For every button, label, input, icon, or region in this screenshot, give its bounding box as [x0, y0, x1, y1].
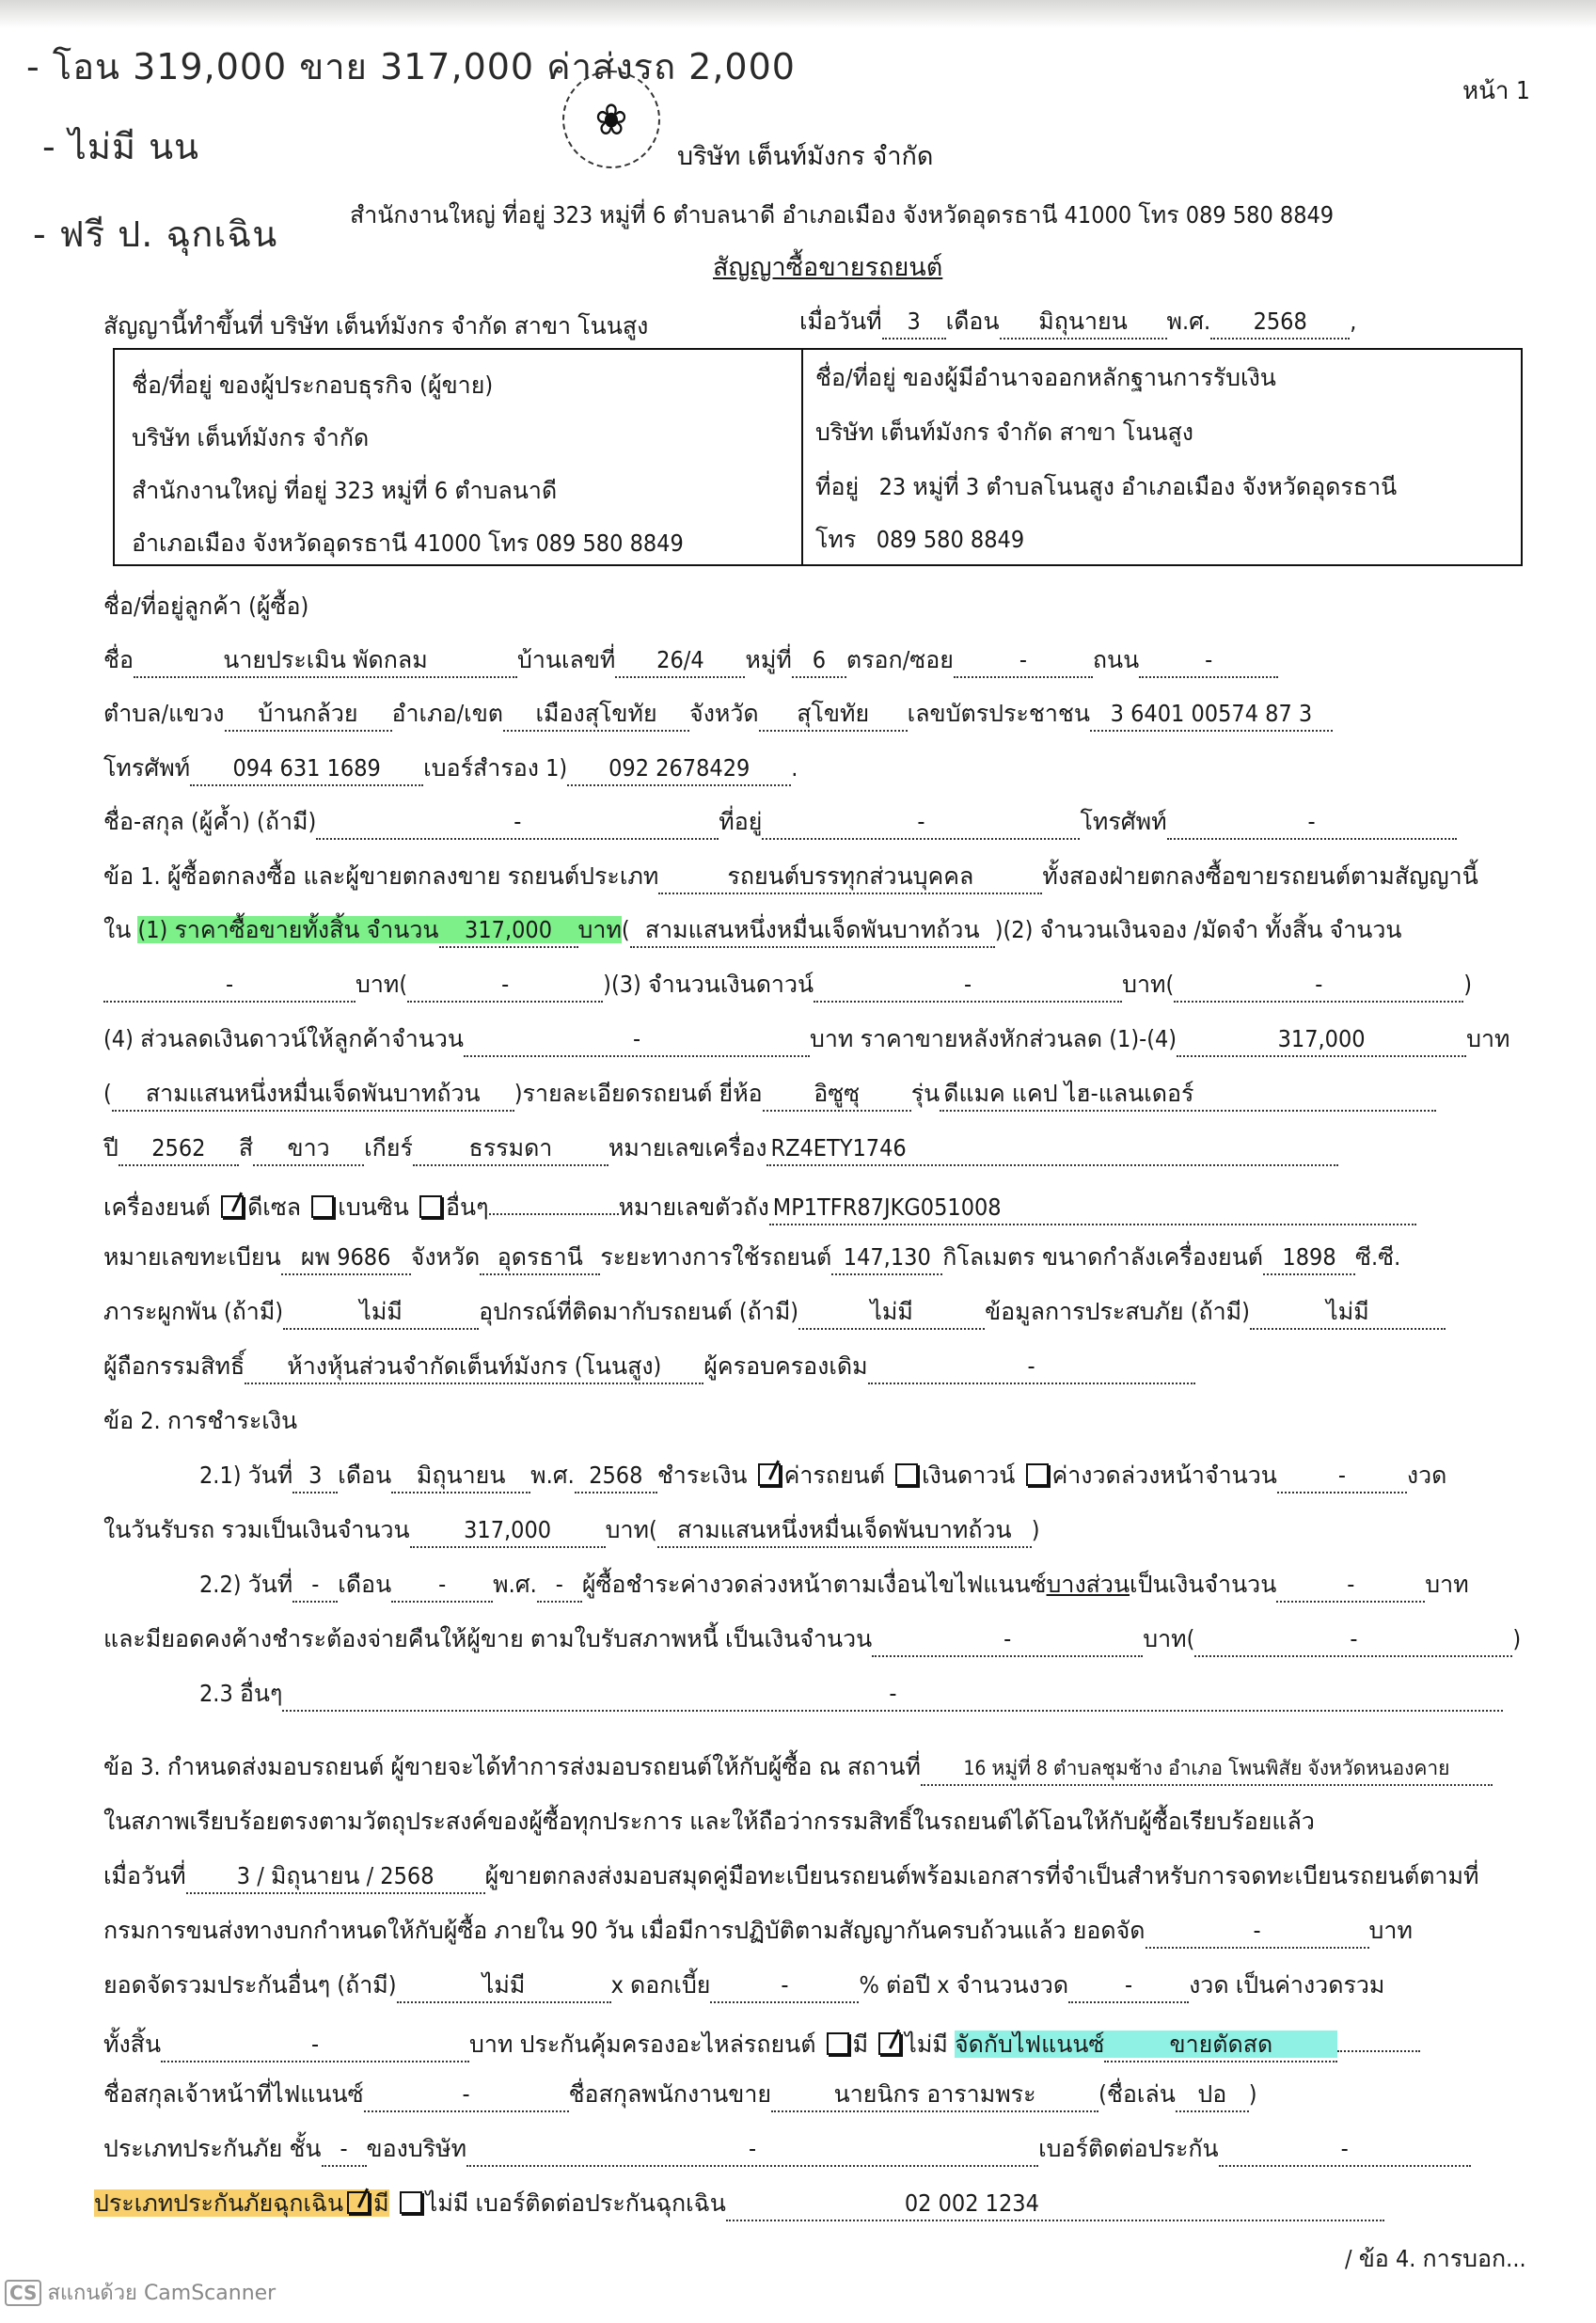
fuel-other-label: อื่นๆ [446, 1193, 489, 1221]
subdistrict-label: ตำบล/แขวง [103, 700, 225, 727]
p21-year[interactable]: 2568 [575, 1460, 657, 1493]
camscanner-text: สแกนด้วย CamScanner [47, 2276, 276, 2309]
insurance-company-label: ของบริษัท [367, 2135, 467, 2162]
p23-value[interactable]: - [282, 1678, 1503, 1712]
price-row: ใน (1) ราคาซื้อขายทั้งสิ้น จำนวน317,000บ… [103, 914, 1401, 948]
payment-22-row: 2.2) วันที่-เดือน-พ.ศ.-ผู้ซื้อชำระค่างวด… [199, 1569, 1469, 1603]
nickname-label: (ชื่อเล่น [1098, 2080, 1176, 2108]
balance-label: และมียอดคงค้างชำระต้องจ่ายคืนให้ผู้ขาย ต… [103, 1625, 872, 1652]
salesperson[interactable]: นายนิกร อารามพระ [771, 2078, 1098, 2112]
grand-total-label: ทั้งสิ้น [103, 2031, 161, 2058]
handwritten-note-3: - ฟรี ป. ฉุกเฉิน [33, 205, 277, 262]
engine-cc[interactable]: 1898 [1263, 1241, 1355, 1275]
box-divider [801, 350, 803, 564]
head-office-address: สำนักงานใหญ่ ที่อยู่ 323 หมู่ที่ 6 ตำบลน… [350, 199, 1334, 231]
model[interactable]: ดีแมค แคป ไฮ-แลนเดอร์ [940, 1078, 1436, 1112]
emergency-no-checkbox[interactable] [400, 2191, 422, 2214]
color-label: สี [239, 1134, 253, 1161]
vehicle-gear[interactable]: ธรรมดา [413, 1132, 608, 1166]
encumbrance-label: ภาระผูกพัน (ถ้ามี) [103, 1298, 283, 1325]
fuel-diesel-label: ดีเซล [247, 1193, 301, 1221]
camscanner-logo-icon: CS [5, 2280, 41, 2306]
year-label: พ.ศ. [530, 1462, 575, 1489]
clause3-intro: ข้อ 3. กำหนดส่งมอบรถยนต์ ผู้ขายจะได้ทำกา… [103, 1753, 921, 1780]
phone-label: โทร [815, 526, 856, 553]
owner-label: ผู้ถือกรรมสิทธิ์ [103, 1352, 245, 1380]
discount-row: (4) ส่วนลดเงินดาวน์ให้ลูกค้าจำนวน-บาท รา… [103, 1023, 1509, 1057]
guarantor-row: ชื่อ-สกุล (ผู้ค้ำ) (ถ้ามี)-ที่อยู่-โทรศั… [103, 806, 1457, 840]
phone-value: 089 580 8849 [877, 526, 1024, 553]
buyer-address-row: ตำบล/แขวงบ้านกล้วยอำเภอ/เขตเมืองสุโขทัยจ… [103, 698, 1333, 732]
insurance-total[interactable]: ไม่มี [397, 1969, 611, 2003]
guarantor-phone[interactable]: - [1167, 806, 1457, 840]
year-label: พ.ศ. [1167, 308, 1211, 335]
clause3-line2: ในสภาพเรียบร้อยตรงตามวัตถุประสงค์ของผู้ซ… [103, 1806, 1315, 1838]
receive-label: ในวันรับรถ รวมเป็นเงินจำนวน [103, 1516, 410, 1543]
buyer-name[interactable]: นายประเมิน พัดกลม [134, 644, 517, 678]
fuel-row: เครื่องยนต์ ดีเซล เบนซิน อื่นๆหมายเลขตัว… [103, 1187, 1416, 1225]
continued-note: / ข้อ 4. การบอก... [1345, 2243, 1526, 2275]
emergency-yes-checkbox[interactable] [347, 2191, 370, 2214]
guarantor-address[interactable]: - [762, 806, 1080, 840]
p22-label: 2.2) วันที่ [199, 1571, 292, 1598]
finance-trailing [1337, 2024, 1420, 2052]
deposit-words[interactable]: - [407, 969, 603, 1003]
parts-insurance-yes-label: มี [853, 2031, 868, 2058]
handwritten-note-1: - โอน 319,000 ขาย 317,000 ค่าส่งรถ 2,000 [26, 38, 796, 95]
fuel-benzine-label: เบนซิน [338, 1193, 409, 1221]
receipt-issuer-title: ชื่อ/ที่อยู่ ของผู้มีอำนาจออกหลักฐานการร… [815, 359, 1276, 397]
clause1-intro-tail: ทั้งสองฝ่ายตกลงซื้อขายรถยนต์ตามสัญญานี้ [1042, 862, 1477, 890]
advance-installments[interactable]: - [1277, 1460, 1407, 1493]
balance-row: และมียอดคงค้างชำระต้องจ่ายคืนให้ผู้ขาย ต… [103, 1623, 1521, 1657]
accessories-label: อุปกรณ์ที่ติดมากับรถยนต์ (ถ้ามี) [479, 1298, 798, 1325]
clause3-intro-row: ข้อ 3. กำหนดส่งมอบรถยนต์ ผู้ขายจะได้ทำกา… [103, 1751, 1493, 1786]
guarantor-phone-label: โทรศัพท์ [1080, 808, 1166, 835]
owner-row: ผู้ถือกรรมสิทธิ์ห้างหุ้นส่วนจำกัดเต็นท์ม… [103, 1351, 1195, 1384]
buyer-moo[interactable]: 6 [792, 644, 846, 678]
total-price-label: (1) ราคาซื้อขายทั้งสิ้น จำนวน [137, 916, 438, 943]
installment-count[interactable]: - [1068, 1969, 1189, 2003]
net-price-words[interactable]: สามแสนหนึ่งหมื่นเจ็ดพันบาทถ้วน [112, 1078, 514, 1112]
interest-label: x ดอกเบี้ย [611, 1971, 711, 1999]
cc-label: ซี.ซี. [1355, 1243, 1400, 1271]
discount-label: (4) ส่วนลดเงินดาวน์ให้ลูกค้าจำนวน [103, 1025, 464, 1052]
parts-insurance-no-label: ไม่มี [905, 2031, 948, 2058]
month-label: เดือน [338, 1462, 391, 1489]
possessor-label: ผู้ครอบครองเดิม [703, 1352, 867, 1380]
emergency-insurance-row: ประเภทประกันภัยฉุกเฉินมี ไม่มี เบอร์ติดต… [94, 2188, 1384, 2221]
total-price-words[interactable]: สามแสนหนึ่งหมื่นเจ็ดพันบาทถ้วน [630, 914, 995, 948]
finance-label: จัดกับไฟแนนซ์ [955, 2031, 1104, 2058]
contract-place: สัญญานี้ทำขึ้นที่ บริษัท เต็นท์มังกร จำก… [103, 310, 648, 342]
seller-address-2: อำเภอเมือง จังหวัดอุดรธานี 41000 โทร 089… [132, 525, 684, 562]
plate-row: หมายเลขทะเบียนผพ 9686จังหวัดอุดรธานีระยะ… [103, 1241, 1400, 1275]
transfer-date[interactable]: 3 / มิถุนายน / 2568 [186, 1860, 485, 1894]
camscanner-watermark: CS สแกนด้วย CamScanner [5, 2276, 276, 2309]
pay-car-price-checkbox[interactable] [758, 1463, 781, 1486]
fuel-other-checkbox[interactable] [419, 1195, 442, 1218]
p22-month[interactable]: - [391, 1569, 493, 1603]
gear-label: เกียร์ [364, 1134, 413, 1161]
interest-rate[interactable]: - [710, 1969, 859, 2003]
id-card-label: เลขบัตรประชาชน [908, 700, 1090, 727]
deposit-row: -บาท(-)(3) จำนวนเงินดาวน์-บาท(-) [103, 969, 1472, 1003]
balance-amount[interactable]: - [872, 1623, 1143, 1657]
seller-info-box: ชื่อ/ที่อยู่ ของผู้ประกอบธุรกิจ (ผู้ขาย)… [113, 348, 1523, 566]
phone-label: โทรศัพท์ [103, 754, 190, 782]
km-label: กิโลเมตร ขนาดกำลังเครื่องยนต์ [942, 1243, 1263, 1271]
finance-officer-label: ชื่อสกุลเจ้าหน้าที่ไฟแนนซ์ [103, 2080, 364, 2108]
p21-label: 2.1) วันที่ [199, 1462, 292, 1489]
seller-address-1: สำนักงานใหญ่ ที่อยู่ 323 หมู่ที่ 6 ตำบลน… [132, 472, 557, 510]
baht-label: บาท [578, 916, 622, 943]
emergency-phone[interactable]: 02 002 1234 [726, 2188, 1384, 2221]
guarantor-name[interactable]: - [316, 806, 719, 840]
emergency-yes-label: มี [373, 2189, 388, 2217]
month-label: เดือน [338, 1571, 391, 1598]
engine-no-label: หมายเลขเครื่อง [608, 1134, 767, 1161]
staff-row: ชื่อสกุลเจ้าหน้าที่ไฟแนนซ์-ชื่อสกุลพนักง… [103, 2078, 1257, 2112]
clause2-title: ข้อ 2. การชำระเงิน [103, 1405, 297, 1437]
mileage-label: ระยะทางการใช้รถยนต์ [600, 1243, 831, 1271]
insurance-total-label: ยอดจัดรวมประกันอื่นๆ (ถ้ามี) [103, 1971, 397, 1999]
down-payment-label: (3) จำนวนเงินดาวน์ [611, 971, 814, 998]
parts-insurance-label: บาท ประกันคุ้มครองอะไหล่รถยนต์ [469, 2031, 815, 2058]
insurance-class-row: ประเภทประกันภัย ชั้น-ของบริษัท-เบอร์ติดต… [103, 2133, 1471, 2167]
buyer-road[interactable]: - [1139, 644, 1278, 678]
chassis-no-label: หมายเลขตัวถัง [619, 1193, 769, 1221]
contract-day[interactable]: 3 [882, 306, 946, 340]
vehicle-spec-row: ปี2562สีขาวเกียร์ธรรมดาหมายเลขเครื่องRZ4… [103, 1132, 1338, 1166]
down-payment[interactable]: - [814, 969, 1122, 1003]
contract-year[interactable]: 2568 [1210, 306, 1350, 340]
pay-advance-installment-checkbox[interactable] [1026, 1463, 1049, 1486]
brand-label: )รายละเอียดรถยนต์ ยี่ห้อ [514, 1080, 763, 1107]
finance-highlight: จัดกับไฟแนนซ์ขายตัดสด [955, 2031, 1337, 2058]
buyer-id-card[interactable]: 3 6401 00574 87 3 [1090, 698, 1333, 732]
vehicle-color[interactable]: ขาว [253, 1132, 364, 1166]
seller-name: บริษัท เต็นท์มังกร จำกัด [132, 419, 369, 457]
pay-car-price-label: ค่ารถยนต์ [784, 1462, 885, 1489]
guarantor-label: ชื่อ-สกุล (ผู้ค้ำ) (ถ้ามี) [103, 808, 316, 835]
clause3-line3: ผู้ขายตกลงส่งมอบสมุดคู่มือทะเบียนรถยนต์พ… [485, 1862, 1479, 1889]
fuel-other-value[interactable] [489, 1187, 619, 1215]
vehicle-year[interactable]: 2562 [119, 1132, 239, 1166]
plate-label: หมายเลขทะเบียน [103, 1243, 281, 1271]
receipt-issuer-address: ที่อยู่ 23 หมู่ที่ 3 ตำบลโนนสูง อำเภอเมื… [815, 468, 1397, 506]
pay-down-payment-label: เงินดาวน์ [922, 1462, 1015, 1489]
insurance-total-row: ยอดจัดรวมประกันอื่นๆ (ถ้ามี)ไม่มีx ดอกเบ… [103, 1969, 1384, 2003]
accessories[interactable]: ไม่มี [798, 1296, 985, 1330]
parts-insurance-no-checkbox[interactable] [878, 2032, 901, 2055]
date-label: เมื่อวันที่ [103, 1862, 186, 1889]
payment-23-row: 2.3 อื่นๆ- [199, 1678, 1503, 1712]
receive-row: ในวันรับรถ รวมเป็นเงินจำนวน317,000บาท(สา… [103, 1514, 1040, 1548]
p23-label: 2.3 อื่นๆ [199, 1680, 282, 1707]
finance-amount[interactable]: - [1146, 1915, 1369, 1949]
engine-label: เครื่องยนต์ [103, 1193, 211, 1221]
encumbrance-row: ภาระผูกพัน (ถ้ามี)ไม่มีอุปกรณ์ที่ติดมากั… [103, 1296, 1446, 1330]
net-price[interactable]: 317,000 [1177, 1023, 1466, 1057]
pay-label: ชำระเงิน [657, 1462, 748, 1489]
insurance-class-label: ประเภทประกันภัย ชั้น [103, 2135, 322, 2162]
brand[interactable]: อิซูซุ [763, 1078, 911, 1112]
name-label: ชื่อ [103, 646, 134, 673]
company-name: บริษัท เต็นท์มังกร จำกัด [677, 141, 933, 173]
receive-words[interactable]: สามแสนหนึ่งหมื่นเจ็ดพันบาทถ้วน [657, 1514, 1032, 1548]
brand-row: (สามแสนหนึ่งหมื่นเจ็ดพันบาทถ้วน)รายละเอี… [103, 1078, 1436, 1112]
handwritten-note-2: - ไม่มี นน [42, 118, 199, 175]
chassis-no[interactable]: MP1TFR87JKG051008 [769, 1192, 1416, 1225]
year-label: ปี [103, 1134, 119, 1161]
contract-month[interactable]: มิถุนายน [1000, 306, 1167, 340]
possessor[interactable]: - [868, 1351, 1195, 1384]
insurance-phone[interactable]: - [1219, 2133, 1471, 2167]
receipt-issuer-name: บริษัท เต็นท์มังกร จำกัด สาขา โนนสูง [815, 414, 1193, 451]
fuel-diesel-checkbox[interactable] [221, 1195, 244, 1218]
insurance-company[interactable]: - [466, 2133, 1038, 2167]
scan-top-shadow [0, 0, 1596, 28]
page-number: หน้า 1 [1462, 75, 1530, 107]
buyer-name-row: ชื่อนายประเมิน พัดกลมบ้านเลขที่26/4หมู่ท… [103, 644, 1278, 678]
baht-label: บาท [356, 971, 399, 998]
soi-label: ตรอก/ซอย [846, 646, 954, 673]
total-price[interactable]: 317,000 [439, 914, 578, 948]
buyer-soi[interactable]: - [954, 644, 1093, 678]
moo-label: หมู่ที่ [745, 646, 791, 673]
in-label: ใน [103, 916, 131, 943]
emergency-label: ประเภทประกันภัยฉุกเฉิน [94, 2189, 343, 2217]
seller-title: ชื่อ/ที่อยู่ ของผู้ประกอบธุรกิจ (ผู้ขาย) [132, 367, 493, 404]
baht-label: บาท [606, 1516, 649, 1543]
baht-label: บาท [1425, 1571, 1468, 1598]
finance-company[interactable]: ขายตัดสด [1104, 2029, 1337, 2062]
engine-no[interactable]: RZ4ETY1746 [766, 1132, 1338, 1166]
p22-amount-label: เป็นเงินจำนวน [1130, 1571, 1276, 1598]
balance-words[interactable]: - [1194, 1623, 1512, 1657]
per-year-label: % ต่อปี x จำนวนงวด [859, 1971, 1068, 1999]
insurance-phone-label: เบอร์ติดต่อประกัน [1038, 2135, 1219, 2162]
mileage[interactable]: 147,130 [831, 1241, 942, 1275]
date-label: เมื่อวันที่ [799, 308, 882, 335]
document-title: สัญญาซื้อขายรถยนต์ [713, 252, 942, 284]
buyer-province[interactable]: สุโขทัย [759, 698, 908, 732]
house-no-label: บ้านเลขที่ [517, 646, 615, 673]
emergency-highlight: ประเภทประกันภัยฉุกเฉินมี [94, 2189, 389, 2217]
deposit-amount[interactable]: - [103, 969, 356, 1003]
buyer-alt-phone[interactable]: 092 2678429 [567, 752, 791, 786]
grand-total[interactable]: - [161, 2029, 469, 2062]
fuel-benzine-checkbox[interactable] [311, 1195, 334, 1218]
buyer-phone[interactable]: 094 631 1689 [190, 752, 423, 786]
buyer-phone-row: โทรศัพท์094 631 1689เบอร์สำรอง 1)092 267… [103, 752, 798, 786]
p22-partial: บางส่วน [1047, 1571, 1130, 1598]
plate-province-label: จังหวัด [411, 1243, 481, 1271]
receipt-issuer-phone: โทร 089 580 8849 [815, 521, 1024, 559]
receive-amount[interactable]: 317,000 [410, 1514, 606, 1548]
p21-month[interactable]: มิถุนายน [391, 1460, 530, 1493]
accident-label: ข้อมูลการประสบภัย (ถ้ามี) [985, 1298, 1250, 1325]
month-label: เดือน [946, 308, 1000, 335]
clause3-date-row: เมื่อวันที่3 / มิถุนายน / 2568ผู้ขายตกลง… [103, 1860, 1478, 1894]
down-payment-words[interactable]: - [1174, 969, 1463, 1003]
guarantor-address-label: ที่อยู่ [719, 808, 762, 835]
accident[interactable]: ไม่มี [1250, 1296, 1446, 1330]
address-value: 23 หมู่ที่ 3 ตำบลโนนสูง อำเภอเมือง จังหว… [879, 473, 1398, 500]
baht-label: บาท [1466, 1025, 1509, 1052]
buyer-district[interactable]: เมืองสุโขทัย [503, 698, 689, 732]
p22-year[interactable]: - [537, 1569, 582, 1603]
payment-21-row: 2.1) วันที่3เดือนมิถุนายนพ.ศ.2568ชำระเงิ… [199, 1460, 1446, 1493]
delivery-place[interactable]: 16 หมู่ที่ 8 ตำบลชุมช้าง อำเภอ โพนพิสัย … [921, 1752, 1493, 1786]
installments-tail: งวด เป็นค่างวดรวม [1189, 1971, 1384, 1999]
buyer-house-no[interactable]: 26/4 [615, 644, 745, 678]
total-price-highlight: (1) ราคาซื้อขายทั้งสิ้น จำนวน317,000บาท [137, 916, 621, 943]
baht-label: บาท [1122, 971, 1165, 998]
clause1-intro: ข้อ 1. ผู้ซื้อตกลงซื้อ และผู้ขายตกลงขาย … [103, 862, 658, 890]
plate[interactable]: ผพ 9686 [281, 1241, 411, 1275]
installment-unit: งวด [1407, 1462, 1446, 1489]
pay-advance-installment-label: ค่างวดล่วงหน้าจำนวน [1052, 1462, 1277, 1489]
salesperson-label: ชื่อสกุลพนักงานขาย [569, 2080, 772, 2108]
model-label: รุ่น [911, 1080, 940, 1107]
road-label: ถนน [1093, 646, 1139, 673]
emergency-no-label: ไม่มี [426, 2189, 469, 2217]
province-label: จังหวัด [689, 700, 759, 727]
finance-officer[interactable]: - [364, 2078, 569, 2112]
p22-text: ผู้ซื้อชำระค่างวดล่วงหน้าตามเงื่อนไขไฟแน… [582, 1571, 1047, 1598]
parts-insurance-yes-checkbox[interactable] [827, 2032, 849, 2055]
net-price-label: บาท ราคาขายหลังหักส่วนลด (1)-(4) [810, 1025, 1177, 1052]
insurance-class[interactable]: - [322, 2133, 367, 2167]
nickname[interactable]: ปอ [1176, 2078, 1249, 2112]
clause3-finance-row: กรมการขนส่งทางบกกำหนดให้กับผู้ซื้อ ภายใน… [103, 1915, 1413, 1949]
contract-date: เมื่อวันที่3เดือนมิถุนายนพ.ศ.2568, [799, 306, 1356, 340]
company-logo-icon: ❀ [562, 71, 660, 168]
emergency-phone-label: เบอร์ติดต่อประกันฉุกเฉิน [475, 2189, 725, 2217]
alt-phone-label: เบอร์สำรอง 1) [423, 754, 567, 782]
encumbrance[interactable]: ไม่มี [283, 1296, 479, 1330]
clause3-line4: กรมการขนส่งทางบกกำหนดให้กับผู้ซื้อ ภายใน… [103, 1917, 1146, 1944]
buyer-section-label: ชื่อ/ที่อยู่ลูกค้า (ผู้ซื้อ) [103, 591, 308, 623]
address-label: ที่อยู่ [815, 473, 859, 500]
clause1-intro-row: ข้อ 1. ผู้ซื้อตกลงซื้อ และผู้ขายตกลงขาย … [103, 861, 1478, 894]
p21-day[interactable]: 3 [292, 1460, 338, 1493]
district-label: อำเภอ/เขต [392, 700, 504, 727]
vehicle-type[interactable]: รถยนต์บรรทุกส่วนบุคคล [658, 861, 1042, 894]
plate-province[interactable]: อุดรธานี [480, 1241, 600, 1275]
pay-down-payment-checkbox[interactable] [895, 1463, 918, 1486]
grand-total-row: ทั้งสิ้น-บาท ประกันคุ้มครองอะไหล่รถยนต์ … [103, 2024, 1420, 2062]
p22-amount[interactable]: - [1276, 1569, 1425, 1603]
deposit-label: (2) จำนวนเงินจอง /มัดจำ ทั้งสิ้น จำนวน [1003, 916, 1401, 943]
buyer-subdistrict[interactable]: บ้านกล้วย [225, 698, 392, 732]
owner[interactable]: ห้างหุ้นส่วนจำกัดเต็นท์มังกร (โนนสูง) [245, 1351, 703, 1384]
discount-amount[interactable]: - [464, 1023, 810, 1057]
year-label: พ.ศ. [493, 1571, 537, 1598]
baht-label: บาท [1369, 1917, 1413, 1944]
baht-label: บาท [1143, 1625, 1186, 1652]
p22-day[interactable]: - [292, 1569, 338, 1603]
